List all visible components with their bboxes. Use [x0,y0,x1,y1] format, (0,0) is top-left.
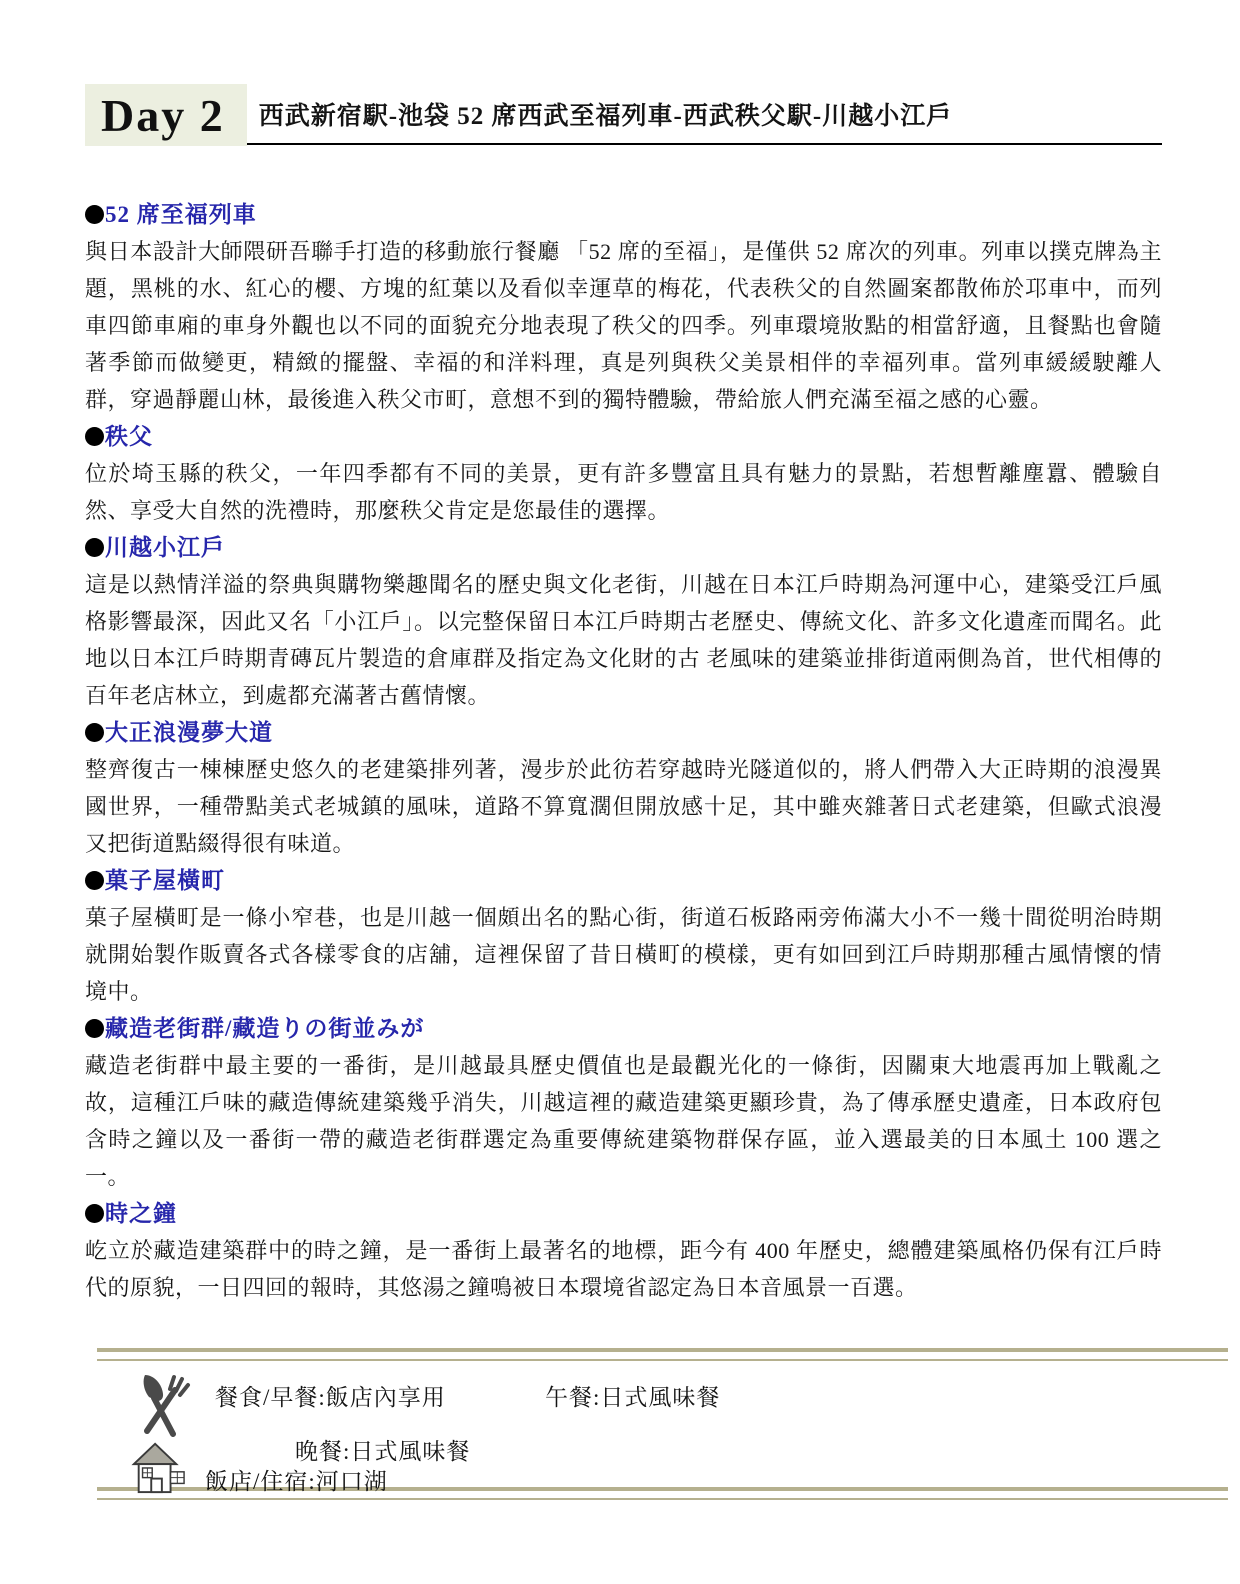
section-taisho-avenue: 大正浪漫夢大道 整齊復古一棟棟歷史悠久的老建築排列著，漫步於此彷若穿越時光隧道似… [85,714,1162,862]
day-route-title: 西武新宿駅-池袋 52 席西武至福列車-西武秩父駅-川越小江戶 [259,96,952,132]
section-heading: 秩父 [85,418,1162,455]
section-52seats: 52 席至福列車 與日本設計大師隈研吾聯手打造的移動旅行餐廳 「52 席的至福」… [85,196,1162,418]
hotel-text: 飯店/住宿:河口湖 [205,1463,388,1496]
section-heading: 52 席至福列車 [85,196,1162,233]
section-heading: 時之鐘 [85,1195,1162,1232]
section-heading: 菓子屋橫町 [85,862,1162,899]
section-heading: 藏造老街群/藏造りの街並みが [85,1010,1162,1047]
fork-knife-icon [135,1373,191,1442]
day-label: Day 2 [85,84,247,146]
section-heading: 大正浪漫夢大道 [85,714,1162,751]
section-heading-text: 藏造老街群/藏造りの街並みが [105,1016,424,1041]
section-body: 整齊復古一棟棟歷史悠久的老建築排列著，漫步於此彷若穿越時光隧道似的，將人們帶入大… [85,751,1162,862]
bullet-icon [85,1019,104,1038]
meals-hotel-body: 餐食/早餐:飯店內享用 午餐:日式風味餐 晚餐:日式風味餐 飯店/住宿:河口湖 [97,1361,1228,1487]
meals-hotel-box: 餐食/早餐:飯店內享用 午餐:日式風味餐 晚餐:日式風味餐 飯店/住宿:河口湖 [97,1348,1228,1500]
section-heading-text: 秩父 [105,424,153,449]
day-title-underline: 西武新宿駅-池袋 52 席西武至福列車-西武秩父駅-川越小江戶 [247,84,1162,145]
bullet-icon [85,205,104,224]
section-heading-text: 大正浪漫夢大道 [105,720,273,745]
bullet-icon [85,723,104,742]
bullet-icon [85,871,104,890]
dinner-text: 晚餐:日式風味餐 [295,1433,470,1466]
breakfast-text: 餐食/早餐:飯店內享用 [215,1379,446,1412]
section-kashiya-yokocho: 菓子屋橫町 菓子屋橫町是一條小窄巷，也是川越一個頗出名的點心街，街道石板路兩旁佈… [85,862,1162,1010]
house-icon [129,1439,187,1500]
section-heading: 川越小江戶 [85,529,1162,566]
section-body: 屹立於藏造建築群中的時之鐘，是一番街上最著名的地標，距今有 400 年歷史，總體… [85,1232,1162,1306]
section-kawagoe: 川越小江戶 這是以熱情洋溢的祭典與購物樂趣聞名的歷史與文化老街，川越在日本江戶時… [85,529,1162,714]
section-toki-no-kane: 時之鐘 屹立於藏造建築群中的時之鐘，是一番街上最著名的地標，距今有 400 年歷… [85,1195,1162,1306]
day-header: Day 2 西武新宿駅-池袋 52 席西武至福列車-西武秩父駅-川越小江戶 [85,84,1162,146]
itinerary-page: Day 2 西武新宿駅-池袋 52 席西武至福列車-西武秩父駅-川越小江戶 52… [0,0,1240,1500]
section-heading-text: 菓子屋橫町 [105,868,225,893]
section-body: 這是以熱情洋溢的祭典與購物樂趣聞名的歷史與文化老街，川越在日本江戶時期為河運中心… [85,566,1162,714]
bullet-icon [85,427,104,446]
bullet-icon [85,538,104,557]
section-heading-text: 川越小江戶 [105,535,225,560]
section-body: 藏造老街群中最主要的一番街，是川越最具歷史價值也是最觀光化的一條街，因關東大地震… [85,1047,1162,1195]
bullet-icon [85,1204,104,1223]
section-chichibu: 秩父 位於埼玉縣的秩父，一年四季都有不同的美景，更有許多豐富且具有魅力的景點，若… [85,418,1162,529]
section-body: 與日本設計大師隈研吾聯手打造的移動旅行餐廳 「52 席的至福」，是僅供 52 席… [85,233,1162,418]
section-heading-text: 52 席至福列車 [105,202,257,227]
lunch-text: 午餐:日式風味餐 [545,1379,720,1412]
divider-line [97,1498,1228,1500]
section-heading-text: 時之鐘 [105,1201,177,1226]
sections-container: 52 席至福列車 與日本設計大師隈研吾聯手打造的移動旅行餐廳 「52 席的至福」… [85,196,1162,1306]
section-body: 位於埼玉縣的秩父，一年四季都有不同的美景，更有許多豐富且具有魅力的景點，若想暫離… [85,455,1162,529]
section-kurazukuri-street: 藏造老街群/藏造りの街並みが 藏造老街群中最主要的一番街，是川越最具歷史價值也是… [85,1010,1162,1195]
section-body: 菓子屋橫町是一條小窄巷，也是川越一個頗出名的點心街，街道石板路兩旁佈滿大小不一幾… [85,899,1162,1010]
